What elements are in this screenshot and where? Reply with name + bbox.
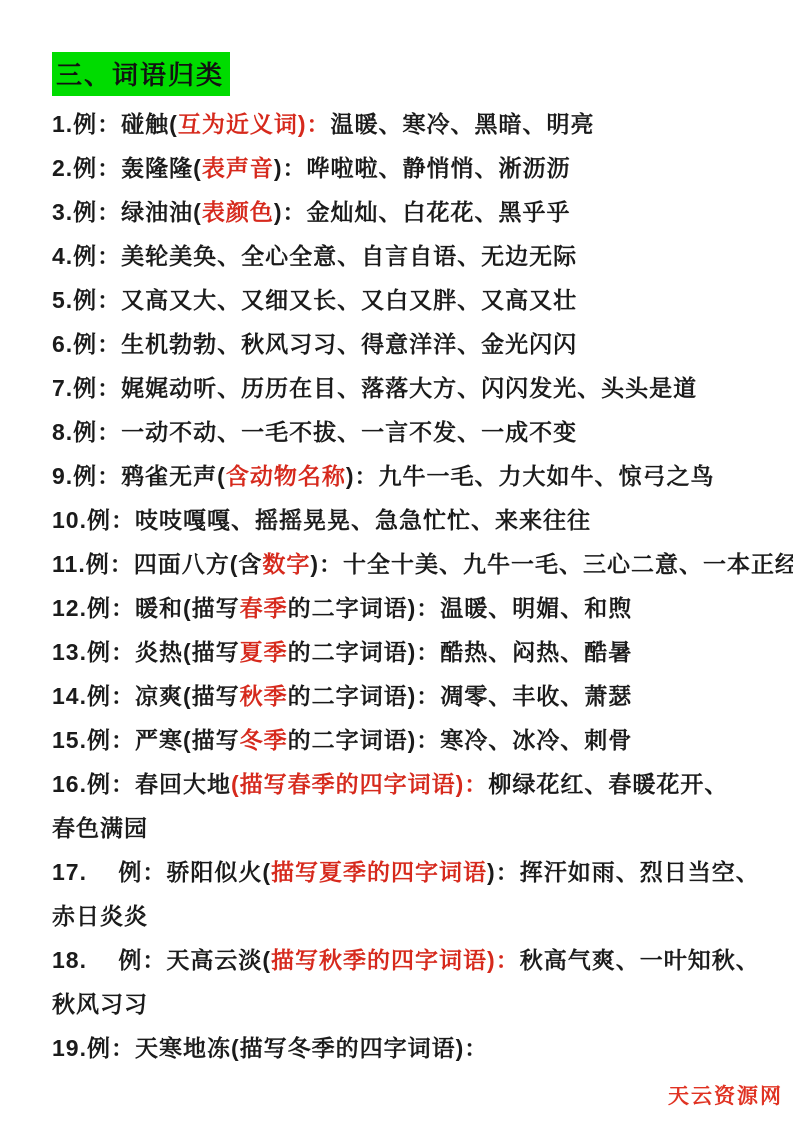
list-line: 2.例：轰隆隆(表声音)：哗啦啦、静悄悄、淅沥沥	[52, 156, 753, 180]
text-segment: 4.例：美轮美奂、全心全意、自言自语、无边无际	[52, 243, 577, 269]
annotation-red-text: 春季	[240, 595, 288, 621]
document-page: 三、词语归类 1.例：碰触(互为近义词)：温暖、寒冷、黑暗、明亮2.例：轰隆隆(…	[0, 0, 793, 1122]
annotation-red-text: 表颜色	[202, 199, 274, 225]
section-title: 三、词语归类	[52, 52, 230, 96]
list-line: 17. 例：骄阳似火(描写夏季的四字词语)：挥汗如雨、烈日当空、	[52, 860, 753, 884]
site-watermark: 天云资源网	[668, 1080, 783, 1110]
word-list: 1.例：碰触(互为近义词)：温暖、寒冷、黑暗、明亮2.例：轰隆隆(表声音)：哗啦…	[52, 112, 753, 1060]
text-segment: 10.例：吱吱嘎嘎、摇摇晃晃、急急忙忙、来来往往	[52, 507, 591, 533]
list-line: 1.例：碰触(互为近义词)：温暖、寒冷、黑暗、明亮	[52, 112, 753, 136]
list-line: 10.例：吱吱嘎嘎、摇摇晃晃、急急忙忙、来来往往	[52, 508, 753, 532]
text-segment: 17. 例：骄阳似火(	[52, 859, 271, 885]
text-segment: 7.例：娓娓动听、历历在目、落落大方、闪闪发光、头头是道	[52, 375, 697, 401]
annotation-red-text: 表声音	[202, 155, 274, 181]
text-segment: )：九牛一毛、力大如牛、惊弓之鸟	[346, 463, 715, 489]
annotation-red-text: 互为近义词)：	[178, 111, 331, 137]
text-segment: 的二字词语)：寒冷、冰冷、刺骨	[288, 727, 633, 753]
text-segment: 的二字词语)：凋零、丰收、萧瑟	[288, 683, 633, 709]
text-segment: 9.例：鸦雀无声(	[52, 463, 226, 489]
text-segment: 11.例：四面八方(含	[52, 551, 262, 577]
text-segment: 5.例：又高又大、又细又长、又白又胖、又高又壮	[52, 287, 577, 313]
text-segment: 6.例：生机勃勃、秋风习习、得意洋洋、金光闪闪	[52, 331, 577, 357]
text-segment: 18. 例：天高云淡(	[52, 947, 271, 973]
text-segment: 柳绿花红、春暖花开、	[488, 771, 728, 797]
text-segment: 12.例：暖和(描写	[52, 595, 240, 621]
text-segment: 的二字词语)：酷热、闷热、酷暑	[288, 639, 633, 665]
text-segment: 温暖、寒冷、黑暗、明亮	[331, 111, 595, 137]
text-segment: 秋高气爽、一叶知秋、	[520, 947, 760, 973]
list-line: 8.例：一动不动、一毛不拔、一言不发、一成不变	[52, 420, 753, 444]
text-segment: 1.例：碰触(	[52, 111, 178, 137]
list-line: 11.例：四面八方(含数字)：十全十美、九牛一毛、三心二意、一本正经	[52, 552, 753, 576]
list-line: 秋风习习	[52, 992, 753, 1016]
text-segment: 春色满园	[52, 815, 148, 841]
list-line: 3.例：绿油油(表颜色)：金灿灿、白花花、黑乎乎	[52, 200, 753, 224]
list-line: 4.例：美轮美奂、全心全意、自言自语、无边无际	[52, 244, 753, 268]
list-line: 春色满园	[52, 816, 753, 840]
text-segment: 14.例：凉爽(描写	[52, 683, 240, 709]
annotation-red-text: 夏季	[240, 639, 288, 665]
text-segment: 秋风习习	[52, 991, 148, 1017]
text-segment: 13.例：炎热(描写	[52, 639, 240, 665]
annotation-red-text: (描写春季的四字词语)：	[231, 771, 488, 797]
annotation-red-text: 冬季	[240, 727, 288, 753]
text-segment: 16.例：春回大地	[52, 771, 231, 797]
list-line: 14.例：凉爽(描写秋季的二字词语)：凋零、丰收、萧瑟	[52, 684, 753, 708]
text-segment: )：哗啦啦、静悄悄、淅沥沥	[274, 155, 571, 181]
text-segment: 3.例：绿油油(	[52, 199, 202, 225]
text-segment: )：金灿灿、白花花、黑乎乎	[274, 199, 571, 225]
text-segment: 赤日炎炎	[52, 903, 148, 929]
list-line: 19.例：天寒地冻(描写冬季的四字词语)：	[52, 1036, 753, 1060]
list-line: 12.例：暖和(描写春季的二字词语)：温暖、明媚、和煦	[52, 596, 753, 620]
list-line: 赤日炎炎	[52, 904, 753, 928]
list-line: 18. 例：天高云淡(描写秋季的四字词语)：秋高气爽、一叶知秋、	[52, 948, 753, 972]
text-segment: 2.例：轰隆隆(	[52, 155, 202, 181]
text-segment: )：十全十美、九牛一毛、三心二意、一本正经	[310, 551, 793, 577]
annotation-red-text: 描写秋季的四字词语)：	[271, 947, 520, 973]
list-line: 5.例：又高又大、又细又长、又白又胖、又高又壮	[52, 288, 753, 312]
list-line: 13.例：炎热(描写夏季的二字词语)：酷热、闷热、酷暑	[52, 640, 753, 664]
list-line: 9.例：鸦雀无声(含动物名称)：九牛一毛、力大如牛、惊弓之鸟	[52, 464, 753, 488]
text-segment: )：挥汗如雨、烈日当空、	[487, 859, 760, 885]
annotation-red-text: 秋季	[240, 683, 288, 709]
text-segment: 15.例：严寒(描写	[52, 727, 240, 753]
annotation-red-text: 数字	[262, 551, 310, 577]
text-segment: 19.例：天寒地冻(描写冬季的四字词语)：	[52, 1035, 488, 1061]
text-segment: 8.例：一动不动、一毛不拔、一言不发、一成不变	[52, 419, 577, 445]
list-line: 15.例：严寒(描写冬季的二字词语)：寒冷、冰冷、刺骨	[52, 728, 753, 752]
list-line: 7.例：娓娓动听、历历在目、落落大方、闪闪发光、头头是道	[52, 376, 753, 400]
annotation-red-text: 含动物名称	[226, 463, 346, 489]
annotation-red-text: 描写夏季的四字词语	[271, 859, 487, 885]
list-line: 6.例：生机勃勃、秋风习习、得意洋洋、金光闪闪	[52, 332, 753, 356]
list-line: 16.例：春回大地(描写春季的四字词语)：柳绿花红、春暖花开、	[52, 772, 753, 796]
text-segment: 的二字词语)：温暖、明媚、和煦	[288, 595, 633, 621]
